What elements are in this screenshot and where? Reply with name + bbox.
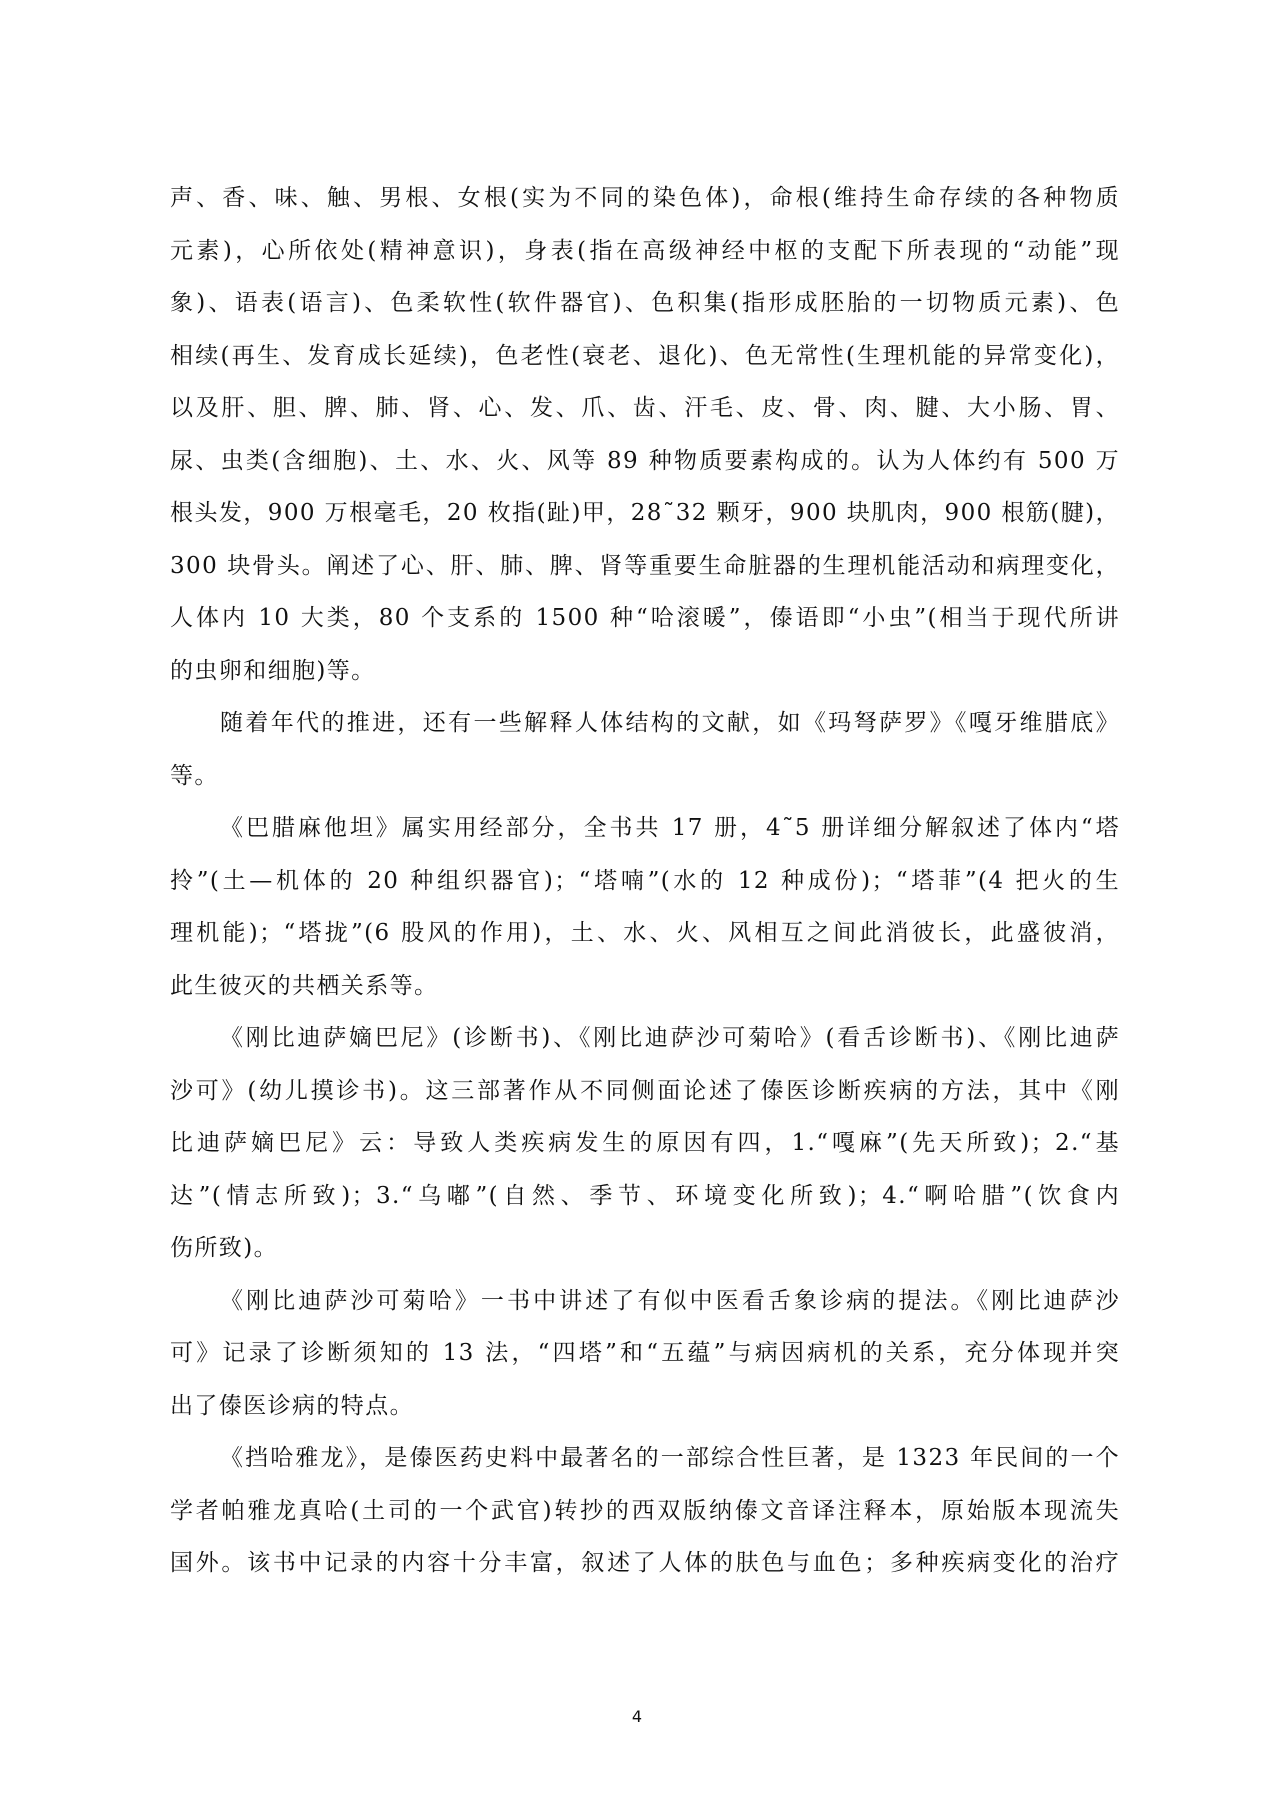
text-line: 声、香、味、触、男根、女根(实为不同的染色体)，命根(维持生命存续的各种物质 xyxy=(170,172,1120,225)
text-line: 以及肝、胆、脾、肺、肾、心、发、爪、齿、汗毛、皮、骨、肉、腱、大小肠、胃、 xyxy=(170,382,1120,435)
document-page: 声、香、味、触、男根、女根(实为不同的染色体)，命根(维持生命存续的各种物质 元… xyxy=(0,0,1274,1801)
text-line: 相续(再生、发育成长延续)，色老性(衰老、退化)、色无常性(生理机能的异常变化)… xyxy=(170,330,1120,383)
text-line: 尿、虫类(含细胞)、土、水、火、风等 89 种物质要素构成的。认为人体约有 50… xyxy=(170,435,1120,488)
text-line: 出了傣医诊病的特点。 xyxy=(170,1380,1120,1433)
text-line: 等。 xyxy=(170,750,1120,803)
text-line: 学者帕雅龙真哈(土司的一个武官)转抄的西双版纳傣文音译注释本，原始版本现流失 xyxy=(170,1485,1120,1538)
text-line: 达”(情志所致)；3.“乌嘟”(自然、季节、环境变化所致)；4.“啊哈腊”(饮食… xyxy=(170,1170,1120,1223)
page-number: 4 xyxy=(0,1707,1274,1726)
text-line: 比迪萨嫡巴尼》云：导致人类疾病发生的原因有四，1.“嘎麻”(先天所致)；2.“基 xyxy=(170,1117,1120,1170)
text-line: 《刚比迪萨沙可菊哈》一书中讲述了有似中医看舌象诊病的提法。《刚比迪萨沙 xyxy=(170,1275,1120,1328)
text-line: 伤所致)。 xyxy=(170,1222,1120,1275)
text-line: 元素)，心所依处(精神意识)，身表(指在高级神经中枢的支配下所表现的“动能”现 xyxy=(170,225,1120,278)
text-line: 可》记录了诊断须知的 13 法，“四塔”和“五蕴”与病因病机的关系，充分体现并突 xyxy=(170,1327,1120,1380)
text-line: 象)、语表(语言)、色柔软性(软件器官)、色积集(指形成胚胎的一切物质元素)、色 xyxy=(170,277,1120,330)
body-text: 声、香、味、触、男根、女根(实为不同的染色体)，命根(维持生命存续的各种物质 元… xyxy=(170,172,1120,1590)
text-line: 沙可》(幼儿摸诊书)。这三部著作从不同侧面论述了傣医诊断疾病的方法，其中《刚 xyxy=(170,1065,1120,1118)
text-line: 《刚比迪萨嫡巴尼》(诊断书)、《刚比迪萨沙可菊哈》(看舌诊断书)、《刚比迪萨 xyxy=(170,1012,1120,1065)
text-line: 根头发，900 万根毫毛，20 枚指(趾)甲，28˜32 颗牙，900 块肌肉，… xyxy=(170,487,1120,540)
text-line: 理机能)；“塔拢”(6 股风的作用)，土、水、火、风相互之间此消彼长，此盛彼消， xyxy=(170,907,1120,960)
text-line: 人体内 10 大类，80 个支系的 1500 种“哈滚暖”，傣语即“小虫”(相当… xyxy=(170,592,1120,645)
text-line: 随着年代的推进，还有一些解释人体结构的文献，如《玛弩萨罗》《嘎牙维腊底》 xyxy=(170,697,1120,750)
text-line: 拎”(土—机体的 20 种组织器官)；“塔喃”(水的 12 种成份)；“塔菲”(… xyxy=(170,855,1120,908)
text-line: 《挡哈雅龙》，是傣医药史料中最著名的一部综合性巨著，是 1323 年民间的一个 xyxy=(170,1432,1120,1485)
text-line: 《巴腊麻他坦》属实用经部分，全书共 17 册，4˜5 册详细分解叙述了体内“塔 xyxy=(170,802,1120,855)
text-line: 的虫卵和细胞)等。 xyxy=(170,645,1120,698)
text-line: 300 块骨头。阐述了心、肝、肺、脾、肾等重要生命脏器的生理机能活动和病理变化， xyxy=(170,540,1120,593)
text-line: 国外。该书中记录的内容十分丰富，叙述了人体的肤色与血色；多种疾病变化的治疗 xyxy=(170,1537,1120,1590)
text-line: 此生彼灭的共栖关系等。 xyxy=(170,960,1120,1013)
